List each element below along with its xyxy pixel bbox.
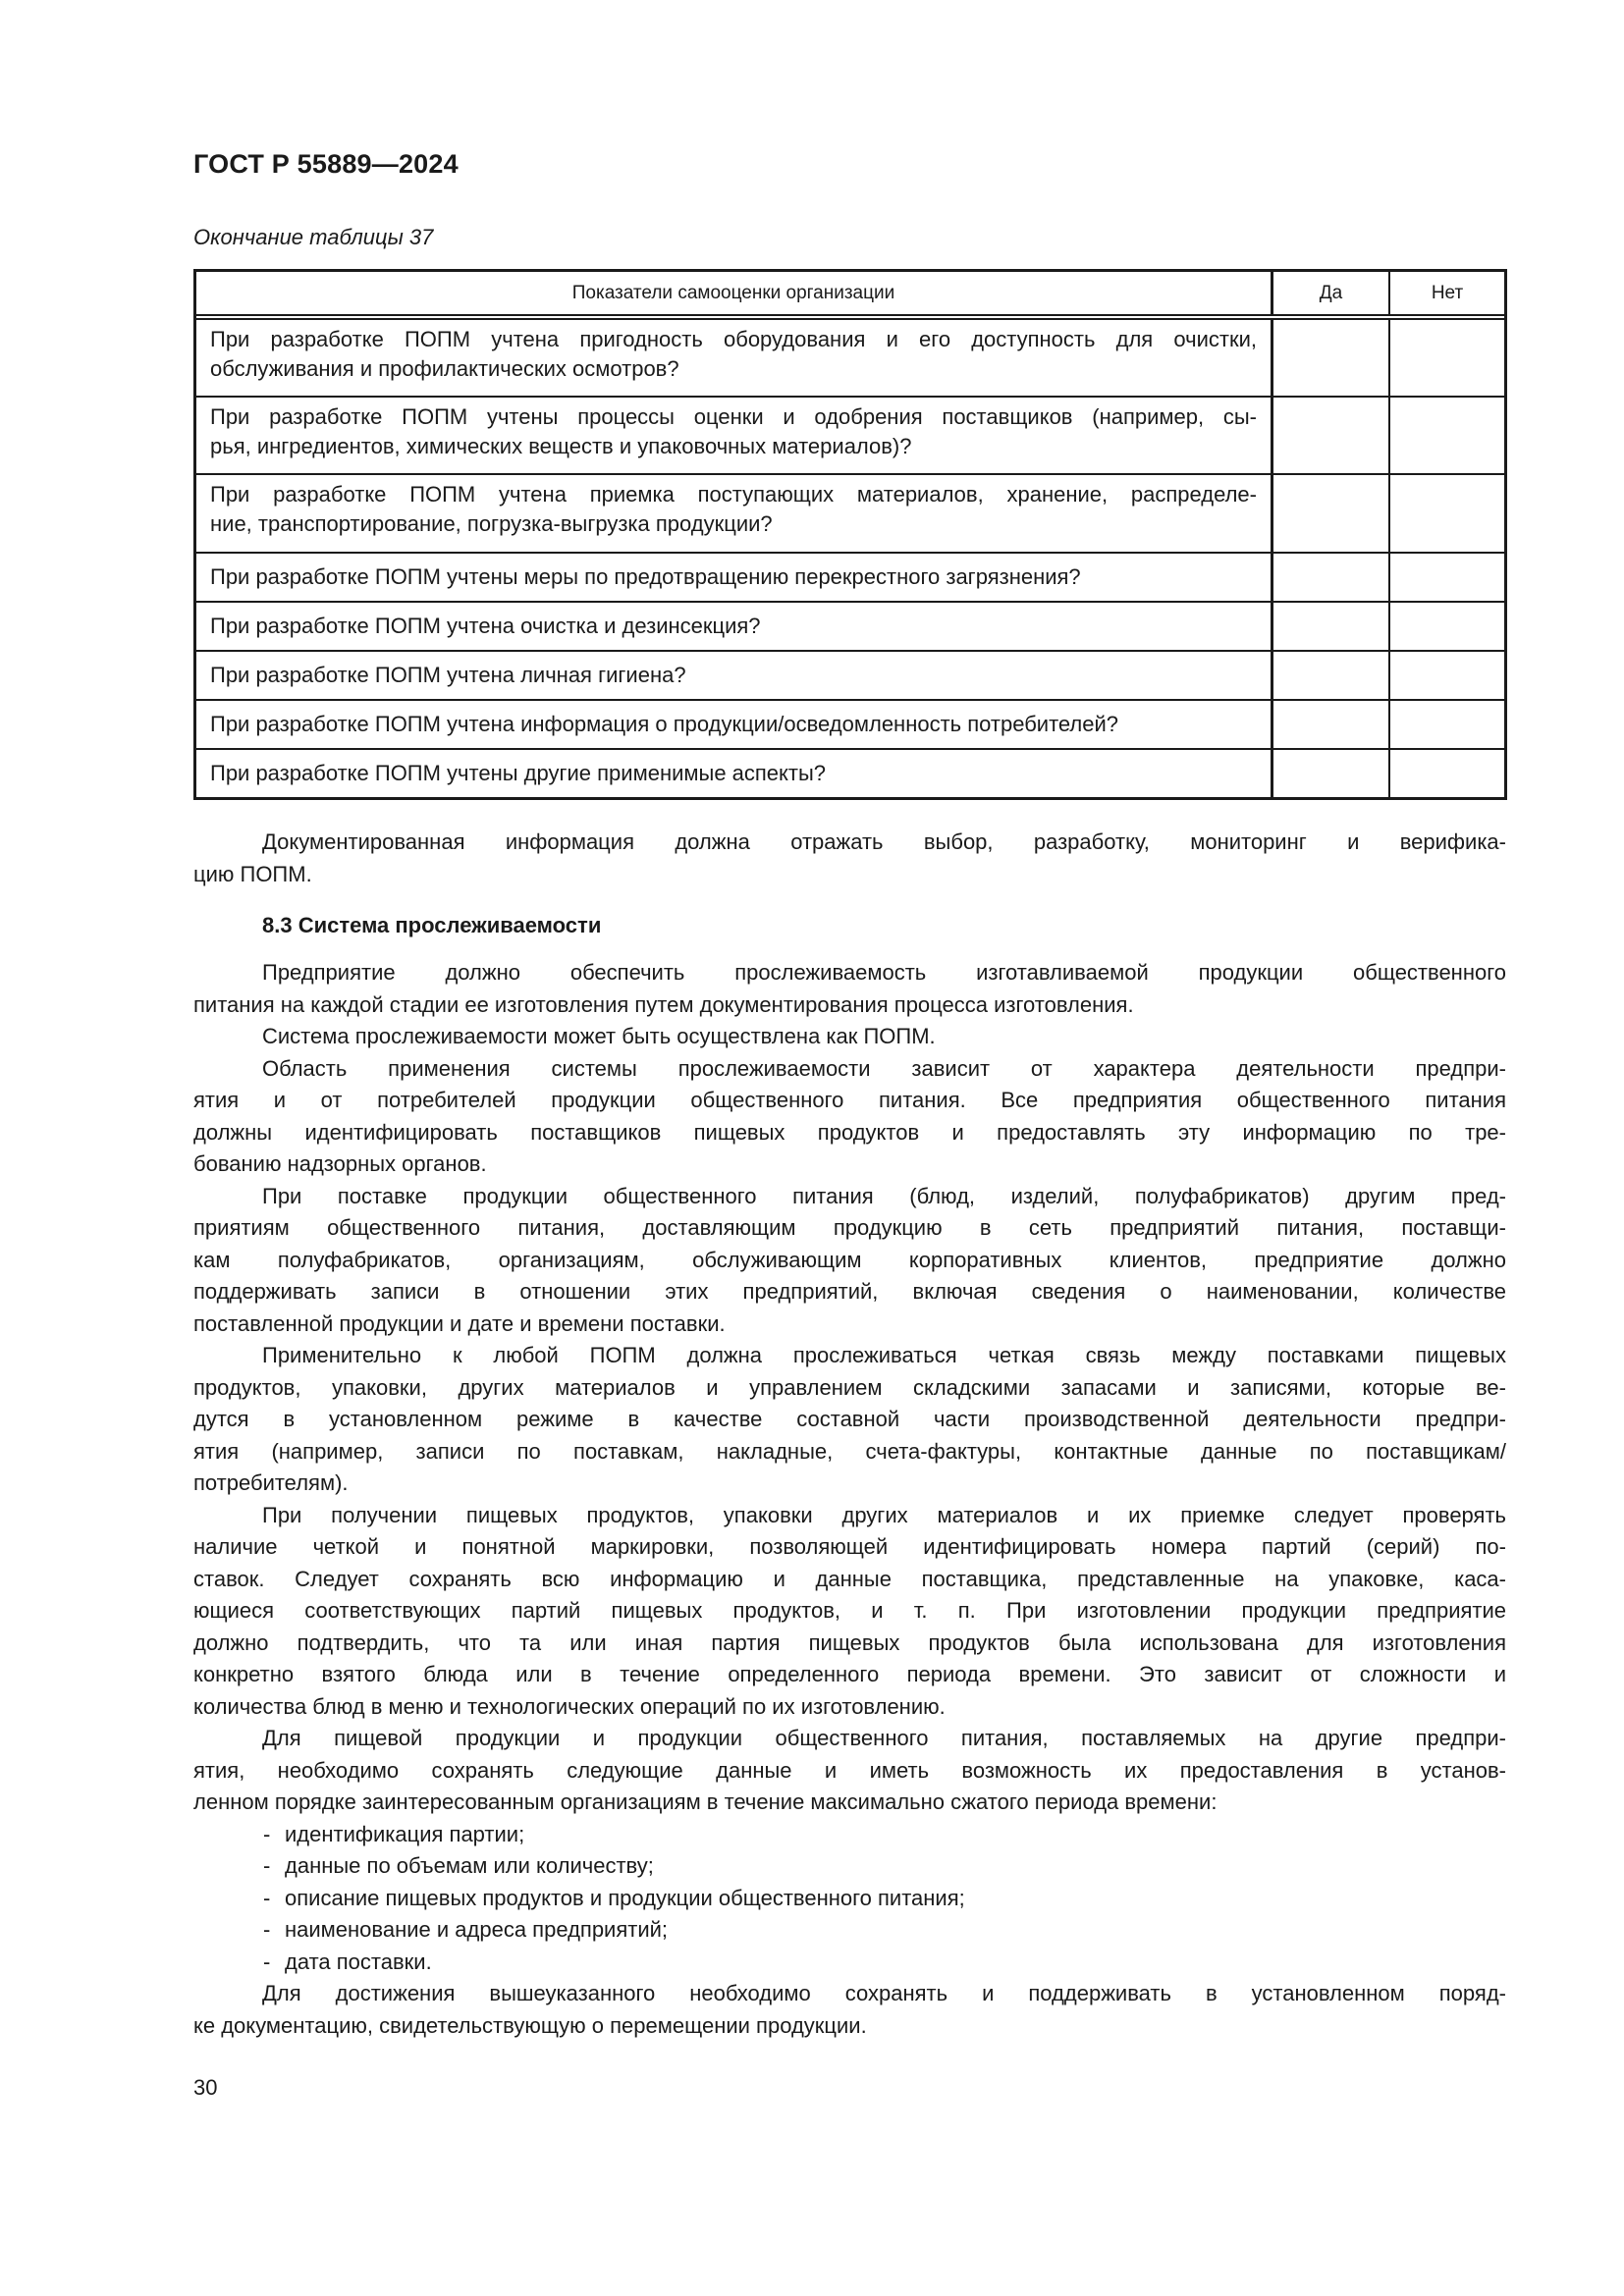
paragraph: Для пищевой продукции и продукции общест… <box>193 1723 1506 1819</box>
list-item-text: наименование и адреса предприятий; <box>285 1917 668 1942</box>
question-cell: При разработке ПОПМ учтена приемка посту… <box>196 475 1273 552</box>
paragraph: Система прослеживаемости может быть осущ… <box>193 1021 1506 1053</box>
list-item-text: описание пищевых продуктов и продукции о… <box>285 1886 965 1910</box>
question-cell: При разработке ПОПМ учтена личная гигиен… <box>196 652 1273 699</box>
yes-cell[interactable] <box>1273 398 1390 473</box>
list-item: -наименование и адреса предприятий; <box>193 1914 1506 1947</box>
text-line: наличие четкой и понятной маркировки, по… <box>193 1531 1506 1564</box>
table-row: При разработке ПОПМ учтены меры по предо… <box>196 552 1504 601</box>
yes-cell[interactable] <box>1273 750 1390 797</box>
yes-cell[interactable] <box>1273 701 1390 748</box>
text-line: ке документацию, свидетельствующую о пер… <box>193 2010 1506 2043</box>
question-line: При разработке ПОПМ учтены процессы оцен… <box>210 402 1257 432</box>
text-line: При поставке продукции общественного пит… <box>193 1181 1506 1213</box>
list-dash: - <box>263 1914 285 1947</box>
question-cell: При разработке ПОПМ учтена пригодность о… <box>196 320 1273 396</box>
paragraph: При поставке продукции общественного пит… <box>193 1181 1506 1341</box>
text-line: конкретно взятого блюда или в течение оп… <box>193 1659 1506 1691</box>
text-line: продуктов, упаковки, других материалов и… <box>193 1372 1506 1405</box>
header-indicators: Показатели самооценки организации <box>196 272 1273 314</box>
question-line: При разработке ПОПМ учтена личная гигиен… <box>210 661 686 690</box>
section-heading: 8.3 Система прослеживаемости <box>262 913 601 938</box>
question-line: рья, ингредиентов, химических веществ и … <box>210 432 1257 461</box>
question-line: При разработке ПОПМ учтена приемка посту… <box>210 480 1257 509</box>
table-row: При разработке ПОПМ учтена личная гигиен… <box>196 650 1504 699</box>
text-line: должны идентифицировать поставщиков пище… <box>193 1117 1506 1149</box>
yes-cell[interactable] <box>1273 554 1390 601</box>
question-cell: При разработке ПОПМ учтены процессы оцен… <box>196 398 1273 473</box>
page-number: 30 <box>193 2075 217 2101</box>
text-line: Для достижения вышеуказанного необходимо… <box>193 1978 1506 2010</box>
header-yes: Да <box>1273 272 1390 314</box>
list-dash: - <box>263 1947 285 1979</box>
text-line: ятия (например, записи по поставкам, нак… <box>193 1436 1506 1468</box>
table-row: При разработке ПОПМ учтена приемка посту… <box>196 473 1504 552</box>
question-line: При разработке ПОПМ учтены меры по предо… <box>210 562 1081 592</box>
paragraph: Применительно к любой ПОПМ должна просле… <box>193 1340 1506 1500</box>
header-no: Нет <box>1390 272 1504 314</box>
text-line: потребителям). <box>193 1468 1506 1500</box>
question-cell: При разработке ПОПМ учтены другие примен… <box>196 750 1273 797</box>
list-item: -данные по объемам или количеству; <box>193 1850 1506 1883</box>
list-item: -описание пищевых продуктов и продукции … <box>193 1883 1506 1915</box>
yes-cell[interactable] <box>1273 652 1390 699</box>
no-cell[interactable] <box>1390 701 1504 748</box>
list-dash: - <box>263 1819 285 1851</box>
text-line: ставок. Следует сохранять всю информацию… <box>193 1564 1506 1596</box>
list-dash: - <box>263 1850 285 1883</box>
question-line: При разработке ПОПМ учтена пригодность о… <box>210 325 1257 354</box>
question-line: При разработке ПОПМ учтена информация о … <box>210 710 1118 739</box>
question-cell: При разработке ПОПМ учтена очистка и дез… <box>196 603 1273 650</box>
question-cell: При разработке ПОПМ учтены меры по предо… <box>196 554 1273 601</box>
text-line: ленном порядке заинтересованным организа… <box>193 1787 1506 1819</box>
table-row: При разработке ПОПМ учтены другие примен… <box>196 748 1504 797</box>
data-list: -идентификация партии; -данные по объема… <box>193 1819 1506 1979</box>
list-dash: - <box>263 1883 285 1915</box>
text-line: Область применения системы прослеживаемо… <box>193 1053 1506 1086</box>
paragraph: Область применения системы прослеживаемо… <box>193 1053 1506 1181</box>
closing-paragraph: Для достижения вышеуказанного необходимо… <box>193 1978 1506 2042</box>
list-item: -дата поставки. <box>193 1947 1506 1979</box>
no-cell[interactable] <box>1390 603 1504 650</box>
text-line: При получении пищевых продуктов, упаковк… <box>193 1500 1506 1532</box>
question-cell: При разработке ПОПМ учтена информация о … <box>196 701 1273 748</box>
list-item-text: дата поставки. <box>285 1949 432 1974</box>
no-cell[interactable] <box>1390 652 1504 699</box>
text-line: приятиям общественного питания, доставля… <box>193 1212 1506 1245</box>
text-line: ющиеся соответствующих партий пищевых пр… <box>193 1595 1506 1628</box>
yes-cell[interactable] <box>1273 320 1390 396</box>
list-item-text: данные по объемам или количеству; <box>285 1853 654 1878</box>
after-table-paragraph: Документированная информация должна отра… <box>193 827 1506 890</box>
yes-cell[interactable] <box>1273 475 1390 552</box>
text-line: цию ПОПМ. <box>193 859 1506 891</box>
text-line: Документированная информация должна отра… <box>193 827 1506 859</box>
no-cell[interactable] <box>1390 750 1504 797</box>
no-cell[interactable] <box>1390 320 1504 396</box>
table-row: При разработке ПОПМ учтена информация о … <box>196 699 1504 748</box>
table-row: При разработке ПОПМ учтены процессы оцен… <box>196 396 1504 473</box>
text-line: поддерживать записи в отношении этих пре… <box>193 1276 1506 1308</box>
text-line: Предприятие должно обеспечить прослежива… <box>193 957 1506 989</box>
text-line: питания на каждой стадии ее изготовления… <box>193 989 1506 1022</box>
question-line: При разработке ПОПМ учтена очистка и дез… <box>210 612 761 641</box>
table-row: При разработке ПОПМ учтена очистка и дез… <box>196 601 1504 650</box>
text-line: должно подтвердить, что та или иная парт… <box>193 1628 1506 1660</box>
yes-cell[interactable] <box>1273 603 1390 650</box>
text-line: поставленной продукции и дате и времени … <box>193 1308 1506 1341</box>
paragraph: При получении пищевых продуктов, упаковк… <box>193 1500 1506 1724</box>
text-line: ятия и от потребителей продукции обществ… <box>193 1085 1506 1117</box>
no-cell[interactable] <box>1390 554 1504 601</box>
question-line: обслуживания и профилактических осмотров… <box>210 354 1257 384</box>
section-body: Предприятие должно обеспечить прослежива… <box>193 957 1506 2042</box>
text-line: ятия, необходимо сохранять следующие дан… <box>193 1755 1506 1788</box>
no-cell[interactable] <box>1390 475 1504 552</box>
text-line: Система прослеживаемости может быть осущ… <box>193 1021 1506 1053</box>
text-line: количества блюд в меню и технологических… <box>193 1691 1506 1724</box>
paragraph: Предприятие должно обеспечить прослежива… <box>193 957 1506 1021</box>
no-cell[interactable] <box>1390 398 1504 473</box>
table-row: При разработке ПОПМ учтена пригодность о… <box>196 314 1504 396</box>
self-assessment-table: Показатели самооценки организации Да Нет… <box>193 269 1507 800</box>
list-item: -идентификация партии; <box>193 1819 1506 1851</box>
document-code: ГОСТ Р 55889—2024 <box>193 149 459 180</box>
text-line: кам полуфабрикатов, организациям, обслуж… <box>193 1245 1506 1277</box>
text-line: бованию надзорных органов. <box>193 1148 1506 1181</box>
text-line: Применительно к любой ПОПМ должна просле… <box>193 1340 1506 1372</box>
question-line: ние, транспортирование, погрузка-выгрузк… <box>210 509 1257 539</box>
text-line: Для пищевой продукции и продукции общест… <box>193 1723 1506 1755</box>
question-line: При разработке ПОПМ учтены другие примен… <box>210 759 826 788</box>
table-header-row: Показатели самооценки организации Да Нет <box>196 272 1504 314</box>
table-caption: Окончание таблицы 37 <box>193 225 433 250</box>
text-line: дутся в установленном режиме в качестве … <box>193 1404 1506 1436</box>
list-item-text: идентификация партии; <box>285 1822 524 1846</box>
